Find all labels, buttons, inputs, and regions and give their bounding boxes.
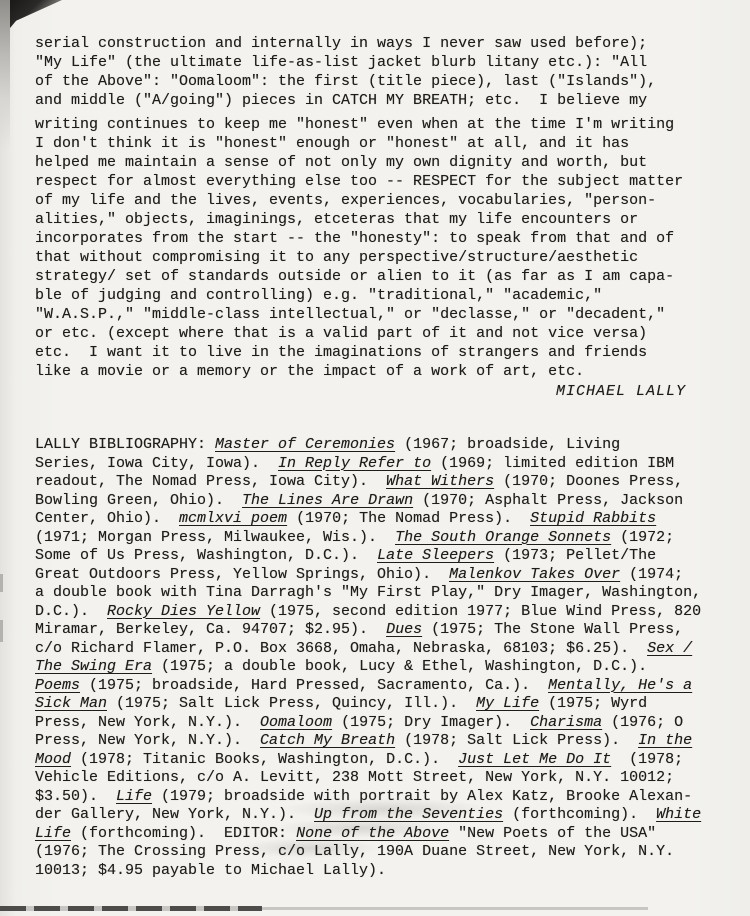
- text-line: Miramar, Berkeley, Ca. 94707; $2.95). Du…: [35, 621, 701, 640]
- text-line: ble of judging and controlling) e.g. "tr…: [35, 286, 683, 305]
- text-segment: (1975; broadside, Hard Pressed, Sacramen…: [80, 677, 548, 694]
- book-title: Stupid Rabbits: [530, 510, 656, 527]
- text-line: strategy/ set of standards outside or al…: [35, 267, 683, 286]
- text-line: Bowling Green, Ohio). The Lines Are Draw…: [35, 492, 701, 511]
- text-line: (1971; Morgan Press, Milwaukee, Wis.). T…: [35, 529, 701, 548]
- book-title: Late Sleepers: [377, 547, 494, 564]
- book-title: Mood: [35, 751, 71, 768]
- text-segment: (1969; limited edition IBM: [431, 455, 674, 472]
- book-title: Oomaloom: [260, 714, 332, 731]
- bibliography-section: LALLY BIBLIOGRAPHY: Master of Ceremonies…: [35, 436, 701, 880]
- text-line: incorporates from the start -- the "hone…: [35, 229, 683, 248]
- book-title: Sick Man: [35, 695, 107, 712]
- essay-paragraph-part2: writing continues to keep me "honest" ev…: [35, 115, 683, 381]
- book-title: Charisma: [530, 714, 602, 731]
- scan-edge-mark: [0, 574, 3, 592]
- text-line: "W.A.S.P.," "middle-class intellectual,"…: [35, 305, 683, 324]
- text-line: 10013; $4.95 payable to Michael Lally).: [35, 862, 701, 881]
- text-line: and middle ("A/going") pieces in CATCH M…: [35, 91, 656, 110]
- text-segment: Bowling Green, Ohio).: [35, 492, 242, 509]
- book-title: My Life: [476, 695, 539, 712]
- text-segment: Series, Iowa City, Iowa).: [35, 455, 278, 472]
- text-segment: Vehicle Editions, c/o A. Levitt, 238 Mot…: [35, 769, 674, 786]
- text-segment: (1971; Morgan Press, Milwaukee, Wis.).: [35, 529, 395, 546]
- book-title: Mentally, He's a: [548, 677, 692, 694]
- text-segment: LALLY BIBLIOGRAPHY:: [35, 436, 215, 453]
- book-title: The Swing Era: [35, 658, 152, 675]
- text-line: Press, New York, N.Y.). Catch My Breath …: [35, 732, 701, 751]
- text-line: like a movie or a memory or the impact o…: [35, 362, 683, 381]
- text-line: Great Outdoors Press, Yellow Springs, Oh…: [35, 566, 701, 585]
- scan-left-edge-shadow: [0, 0, 10, 150]
- book-title: None of the Above: [296, 825, 449, 842]
- text-segment: "New Poets of the USA": [449, 825, 656, 842]
- text-line: der Gallery, New York, N.Y.). Up from th…: [35, 806, 701, 825]
- text-segment: (1976; The Crossing Press, c/o Lally, 19…: [35, 843, 674, 860]
- text-segment: Miramar, Berkeley, Ca. 94707; $2.95).: [35, 621, 386, 638]
- text-segment: Some of Us Press, Washington, D.C.).: [35, 547, 377, 564]
- text-segment: (1979; broadside with portrait by Alex K…: [152, 788, 692, 805]
- book-title: Poems: [35, 677, 80, 694]
- book-title: mcmlxvi poem: [179, 510, 287, 527]
- text-line: readout, The Nomad Press, Iowa City). Wh…: [35, 473, 701, 492]
- text-segment: (1973; Pellet/The: [494, 547, 656, 564]
- text-line: Some of Us Press, Washington, D.C.). Lat…: [35, 547, 701, 566]
- book-title: Sex /: [647, 640, 692, 657]
- text-line: of my life and the lives, events, experi…: [35, 191, 683, 210]
- text-segment: 10013; $4.95 payable to Michael Lally).: [35, 862, 386, 879]
- text-line: Life (forthcoming). EDITOR: None of the …: [35, 825, 701, 844]
- text-segment: (1978; Titanic Books, Washington, D.C.).: [71, 751, 458, 768]
- text-line: Series, Iowa City, Iowa). In Reply Refer…: [35, 455, 701, 474]
- text-line: etc. I want it to live in the imaginatio…: [35, 343, 683, 362]
- text-line: Sick Man (1975; Salt Lick Press, Quincy,…: [35, 695, 701, 714]
- text-line: alities," objects, imaginings, etceteras…: [35, 210, 683, 229]
- text-line: of the Above": "Oomaloom": the first (ti…: [35, 72, 656, 91]
- text-segment: (forthcoming).: [503, 806, 656, 823]
- text-segment: (1975, second edition 1977; Blue Wind Pr…: [260, 603, 701, 620]
- text-segment: (1975; a double book, Lucy & Ethel, Wash…: [152, 658, 647, 675]
- text-line: or etc. (except where that is a valid pa…: [35, 324, 683, 343]
- text-line: "My Life" (the ultimate life-as-list jac…: [35, 53, 656, 72]
- text-line: (1976; The Crossing Press, c/o Lally, 19…: [35, 843, 701, 862]
- text-segment: (1975; The Stone Wall Press,: [422, 621, 683, 638]
- book-title: Master of Ceremonies: [215, 436, 395, 453]
- text-line: LALLY BIBLIOGRAPHY: Master of Ceremonies…: [35, 436, 701, 455]
- text-segment: a double book with Tina Darragh's "My Fi…: [35, 584, 701, 601]
- essay-paragraph-part1: serial construction and internally in wa…: [35, 34, 656, 110]
- text-segment: (1972;: [611, 529, 674, 546]
- text-segment: (1976; O: [602, 714, 683, 731]
- book-title: Rocky Dies Yellow: [107, 603, 260, 620]
- text-segment: (1970; Doones Press,: [494, 473, 683, 490]
- text-line: writing continues to keep me "honest" ev…: [35, 115, 683, 134]
- text-line: Poems (1975; broadside, Hard Pressed, Sa…: [35, 677, 701, 696]
- text-line: The Swing Era (1975; a double book, Lucy…: [35, 658, 701, 677]
- text-line: serial construction and internally in wa…: [35, 34, 656, 53]
- text-segment: (1975; Wyrd: [539, 695, 647, 712]
- book-title: The South Orange Sonnets: [395, 529, 611, 546]
- text-segment: (forthcoming). EDITOR:: [71, 825, 296, 842]
- scan-bottom-edge-dashes: [0, 906, 262, 911]
- text-line: Center, Ohio). mcmlxvi poem (1970; The N…: [35, 510, 701, 529]
- text-line: a double book with Tina Darragh's "My Fi…: [35, 584, 701, 603]
- text-segment: (1978;: [611, 751, 683, 768]
- text-segment: Press, New York, N.Y.).: [35, 732, 260, 749]
- book-title: Catch My Breath: [260, 732, 395, 749]
- text-segment: der Gallery, New York, N.Y.).: [35, 806, 314, 823]
- book-title: Life: [35, 825, 71, 842]
- text-line: c/o Richard Flamer, P.O. Box 3668, Omaha…: [35, 640, 701, 659]
- text-line: D.C.). Rocky Dies Yellow (1975, second e…: [35, 603, 701, 622]
- text-segment: Press, New York, N.Y.).: [35, 714, 260, 731]
- book-title: In the: [638, 732, 692, 749]
- text-line: $3.50). Life (1979; broadside with portr…: [35, 788, 701, 807]
- text-line: Mood (1978; Titanic Books, Washington, D…: [35, 751, 701, 770]
- text-segment: (1970; Asphalt Press, Jackson: [413, 492, 683, 509]
- book-title: Up from the Seventies: [314, 806, 503, 823]
- book-title: The Lines Are Drawn: [242, 492, 413, 509]
- text-segment: (1978; Salt Lick Press).: [395, 732, 638, 749]
- text-segment: Great Outdoors Press, Yellow Springs, Oh…: [35, 566, 449, 583]
- book-title: Malenkov Takes Over: [449, 566, 620, 583]
- text-line: respect for almost everything else too -…: [35, 172, 683, 191]
- book-title: Life: [116, 788, 152, 805]
- text-segment: Center, Ohio).: [35, 510, 179, 527]
- author-attribution: MICHAEL LALLY: [556, 383, 686, 400]
- text-line: Vehicle Editions, c/o A. Levitt, 238 Mot…: [35, 769, 701, 788]
- scan-edge-mark: [0, 620, 3, 642]
- text-segment: c/o Richard Flamer, P.O. Box 3668, Omaha…: [35, 640, 647, 657]
- text-segment: readout, The Nomad Press, Iowa City).: [35, 473, 386, 490]
- text-line: I don't think it is "honest" enough or "…: [35, 134, 683, 153]
- book-title: What Withers: [386, 473, 494, 490]
- scanned-typewritten-page: { "page": { "paper_color": "#f2f1ed", "i…: [0, 0, 750, 916]
- text-line: Press, New York, N.Y.). Oomaloom (1975; …: [35, 714, 701, 733]
- text-line: helped me maintain a sense of not only m…: [35, 153, 683, 172]
- text-segment: (1974;: [620, 566, 683, 583]
- text-segment: D.C.).: [35, 603, 107, 620]
- text-segment: (1967; broadside, Living: [395, 436, 620, 453]
- text-segment: (1975; Salt Lick Press, Quincy, Ill.).: [107, 695, 476, 712]
- book-title: White: [656, 806, 701, 823]
- text-segment: (1970; The Nomad Press).: [287, 510, 530, 527]
- text-line: that without compromising it to any pers…: [35, 248, 683, 267]
- book-title: Just Let Me Do It: [458, 751, 611, 768]
- text-segment: (1975; Dry Imager).: [332, 714, 530, 731]
- book-title: In Reply Refer to: [278, 455, 431, 472]
- text-segment: $3.50).: [35, 788, 116, 805]
- book-title: Dues: [386, 621, 422, 638]
